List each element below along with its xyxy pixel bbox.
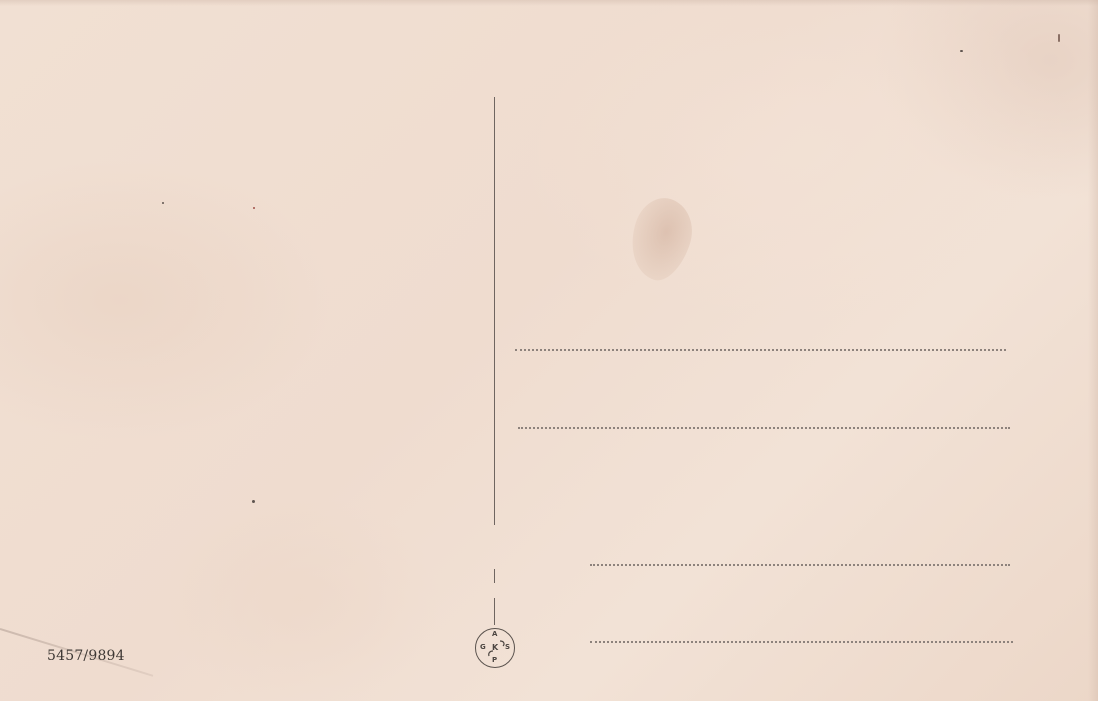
center-divider-segment bbox=[494, 569, 495, 583]
logo-letter-bottom: P bbox=[492, 657, 497, 664]
address-line-4 bbox=[590, 641, 1013, 643]
center-divider-line bbox=[494, 97, 495, 525]
paper-edge-top bbox=[0, 0, 1098, 6]
logo-letter-left: G bbox=[480, 644, 486, 651]
logo-letter-center: K bbox=[492, 644, 498, 652]
address-line-1 bbox=[515, 349, 1006, 351]
serial-number: 5457/9894 bbox=[47, 648, 125, 664]
paper-speck bbox=[1058, 34, 1060, 42]
center-divider-segment bbox=[494, 598, 495, 625]
publisher-logo-icon: A G S P K bbox=[475, 628, 515, 668]
address-line-2 bbox=[518, 427, 1010, 429]
logo-letter-top: A bbox=[492, 631, 497, 638]
paper-speck bbox=[253, 207, 255, 209]
paper-speck bbox=[162, 202, 164, 204]
postcard-back: 5457/9894 A G S P K bbox=[0, 0, 1098, 701]
paper-speck bbox=[960, 50, 963, 52]
logo-letter-right: S bbox=[505, 644, 510, 651]
paper-speck bbox=[252, 500, 255, 503]
paper-stain bbox=[621, 191, 702, 287]
paper-edge-right bbox=[1088, 0, 1098, 701]
address-line-3 bbox=[590, 564, 1010, 566]
